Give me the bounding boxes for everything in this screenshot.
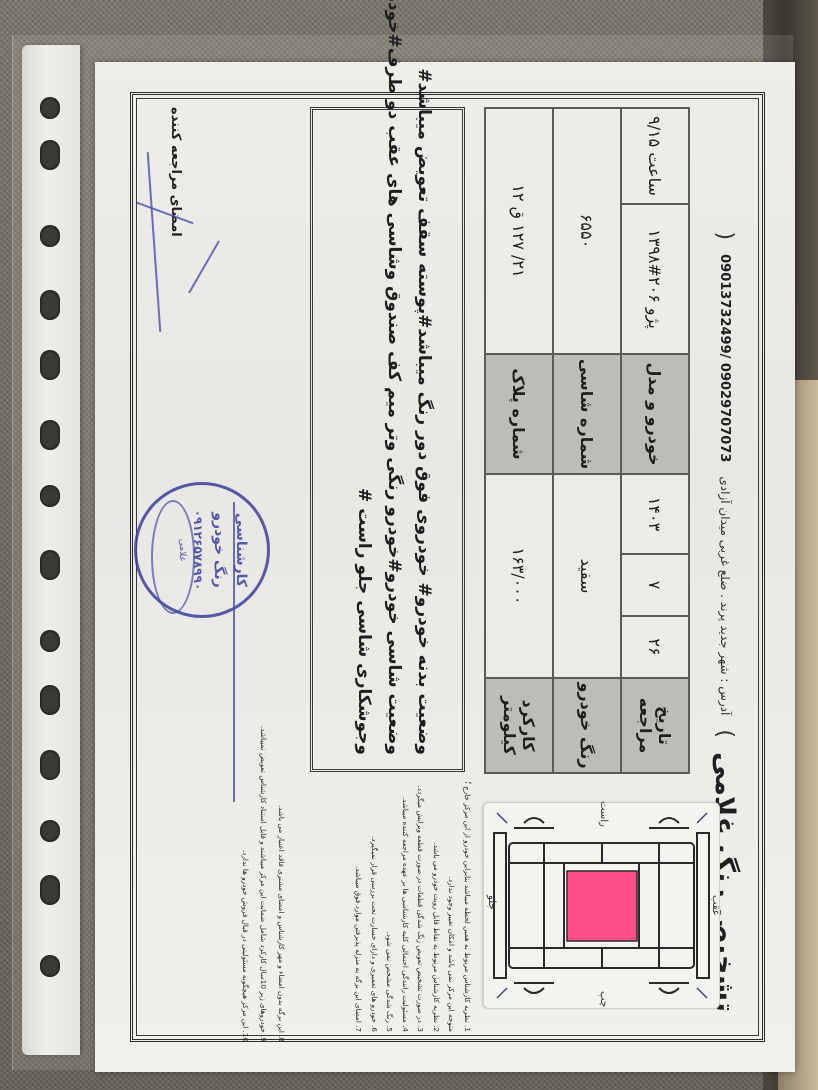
visit-year: ۱۴۰۳ <box>621 474 689 554</box>
punch-hole <box>40 485 60 507</box>
label-front: جلو <box>486 895 497 910</box>
table-row: رنگ خودرو سفید شماره شاسی ۶۵۵۰ <box>553 108 621 773</box>
label-vehicle-model: خودرو و مدل <box>621 354 689 474</box>
note-item: 10. این مرکز هیچگونه مسئولیتی در قبال فر… <box>236 222 254 1042</box>
car-body-diagram: عقب جلو راست چپ <box>483 802 720 1009</box>
roof-highlight <box>567 871 637 941</box>
punch-hole <box>40 97 60 119</box>
punch-hole <box>40 955 60 977</box>
phone-numbers: 09013732499/ 09029707073 <box>718 254 733 462</box>
label-mileage: کارکرد کیلومتر <box>485 678 553 773</box>
punch-hole <box>40 350 60 380</box>
chassis-number: ۶۵۵۰ <box>553 108 621 354</box>
footer-notes: 8. این برگه بدون امضاء و مهر کارشناس و ا… <box>236 222 290 1042</box>
document-page: تشخیص رنگ غلامی ) آدرس : شهر جدید پرند .… <box>95 62 795 1072</box>
punch-hole <box>40 140 60 170</box>
paper: تشخیص رنگ غلامی ) آدرس : شهر جدید پرند .… <box>95 62 795 1072</box>
pen-mark <box>233 502 235 802</box>
signature-oval <box>151 500 195 614</box>
mileage: ۱۶۳/۰۰۰ <box>485 474 553 678</box>
vehicle-info-table: تاریخ مراجعه ۲۶ ۷ ۱۴۰۳ خودرو و مدل پژو ۲… <box>484 107 690 774</box>
note-item: 9. خودروهای زیر 10سال کارکرد شامل ضمانت … <box>254 222 272 1042</box>
note-item: 5. رنگ شدگی مشخص نمی شود. <box>382 782 398 1032</box>
label-chassis-number: شماره شاسی <box>553 354 621 474</box>
label-vehicle-color: رنگ خودرو <box>553 678 621 773</box>
label-right: راست <box>598 801 609 827</box>
punch-hole <box>40 875 60 905</box>
terms-notes: 1. نظریه کارشناس مربوط به همین لحظه میبا… <box>305 782 475 1032</box>
open-paren: ) <box>713 729 738 738</box>
punch-hole <box>40 750 60 780</box>
close-paren: ( <box>713 232 738 241</box>
note-item: 7. امضای این برگه به منزله پذیرفتن موارد… <box>351 782 367 1032</box>
punch-hole <box>40 630 60 652</box>
vehicle-model: پژو ۲۰۶#۱۳۹۸ <box>621 204 689 354</box>
visit-day: ۲۶ <box>621 616 689 678</box>
inspection-description: وضعیت بدنه خودرو# خودروی فوق دور رنگ میب… <box>310 107 465 772</box>
punch-hole <box>40 550 60 580</box>
punch-hole <box>40 420 60 450</box>
punch-hole <box>40 290 60 320</box>
label-plate-number: شماره پلاک <box>485 354 553 474</box>
plate-number: ۲۱/ ۱۲۷ ق ۱۲ <box>485 108 553 354</box>
stamp-subtitle: رنگ خودرو <box>211 485 227 615</box>
chassis-status: وضعیت شاسی خودرو#خودرو رنگی وتر میم کف ص… <box>384 120 404 755</box>
punch-hole <box>40 225 60 247</box>
table-row: کارکرد کیلومتر ۱۶۳/۰۰۰ شماره پلاک ۲۱/ ۱۲… <box>485 108 553 773</box>
punch-hole <box>40 685 60 715</box>
note-item: 1. نظریه کارشناس مربوط به همین لحظه میبا… <box>460 782 476 1032</box>
stamp-title: کارشناسی <box>233 485 249 615</box>
visit-time: ساعت ۹/۱۵ <box>621 108 689 204</box>
vehicle-color: سفید <box>553 474 621 678</box>
visit-month: ۷ <box>621 554 689 616</box>
table-row: تاریخ مراجعه ۲۶ ۷ ۱۴۰۳ خودرو و مدل پژو ۲… <box>621 108 689 773</box>
car-outline-icon <box>484 803 719 1008</box>
label-rear: عقب <box>710 895 721 916</box>
note-item: 6. خودرو های تعمیری و دارای خسارت تحت بر… <box>367 782 383 1032</box>
note-item: 8. این برگه بدون امضاء و مهر کارشناس و ا… <box>272 222 290 1042</box>
note-item: متوجه این مرکز نمی باشد و امکان تغییر وج… <box>444 782 460 1032</box>
welding-status: وجوشکاری شاسی جلو راست # <box>354 120 374 755</box>
body-status: وضعیت بدنه خودرو# خودروی فوق دور رنگ میب… <box>414 120 434 755</box>
punch-hole <box>40 820 60 842</box>
note-item: 3. در صورت تشخیص تعویض رنگ شدگی قطعات در… <box>413 782 429 1032</box>
sheet-protector-strip <box>22 45 80 1055</box>
note-item: 2. نظریه کارشناس مربوط به نقاط قابل رویت… <box>429 782 445 1032</box>
note-item: 4. مسئولیت رانندگی احتمالی کلیه کارشناسی… <box>398 782 414 1032</box>
label-left: چپ <box>598 991 609 1007</box>
address: آدرس : شهر جدید پرند . ضلع غربی میدان آز… <box>718 476 732 715</box>
label-visit-date: تاریخ مراجعه <box>621 678 689 773</box>
